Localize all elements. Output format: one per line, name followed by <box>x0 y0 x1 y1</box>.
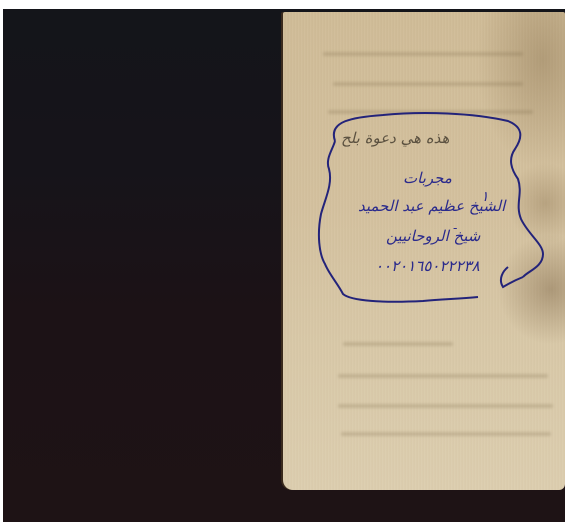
note-role: شيخ الروحانيين <box>386 227 480 245</box>
note-name: الشيخ عظيم عبد الحميد <box>358 197 505 215</box>
note-title: مجربات <box>403 169 452 187</box>
note-header: هذه هي دعوة بلح <box>341 129 449 147</box>
photo: هذه هي دعوة بلح مجربات ١ الشيخ عظيم عبد … <box>3 9 565 522</box>
note-phone: ٠٠٢٠١٦٥٠٢٢٢٣٨ <box>375 257 480 275</box>
ink-outline <box>3 9 565 522</box>
